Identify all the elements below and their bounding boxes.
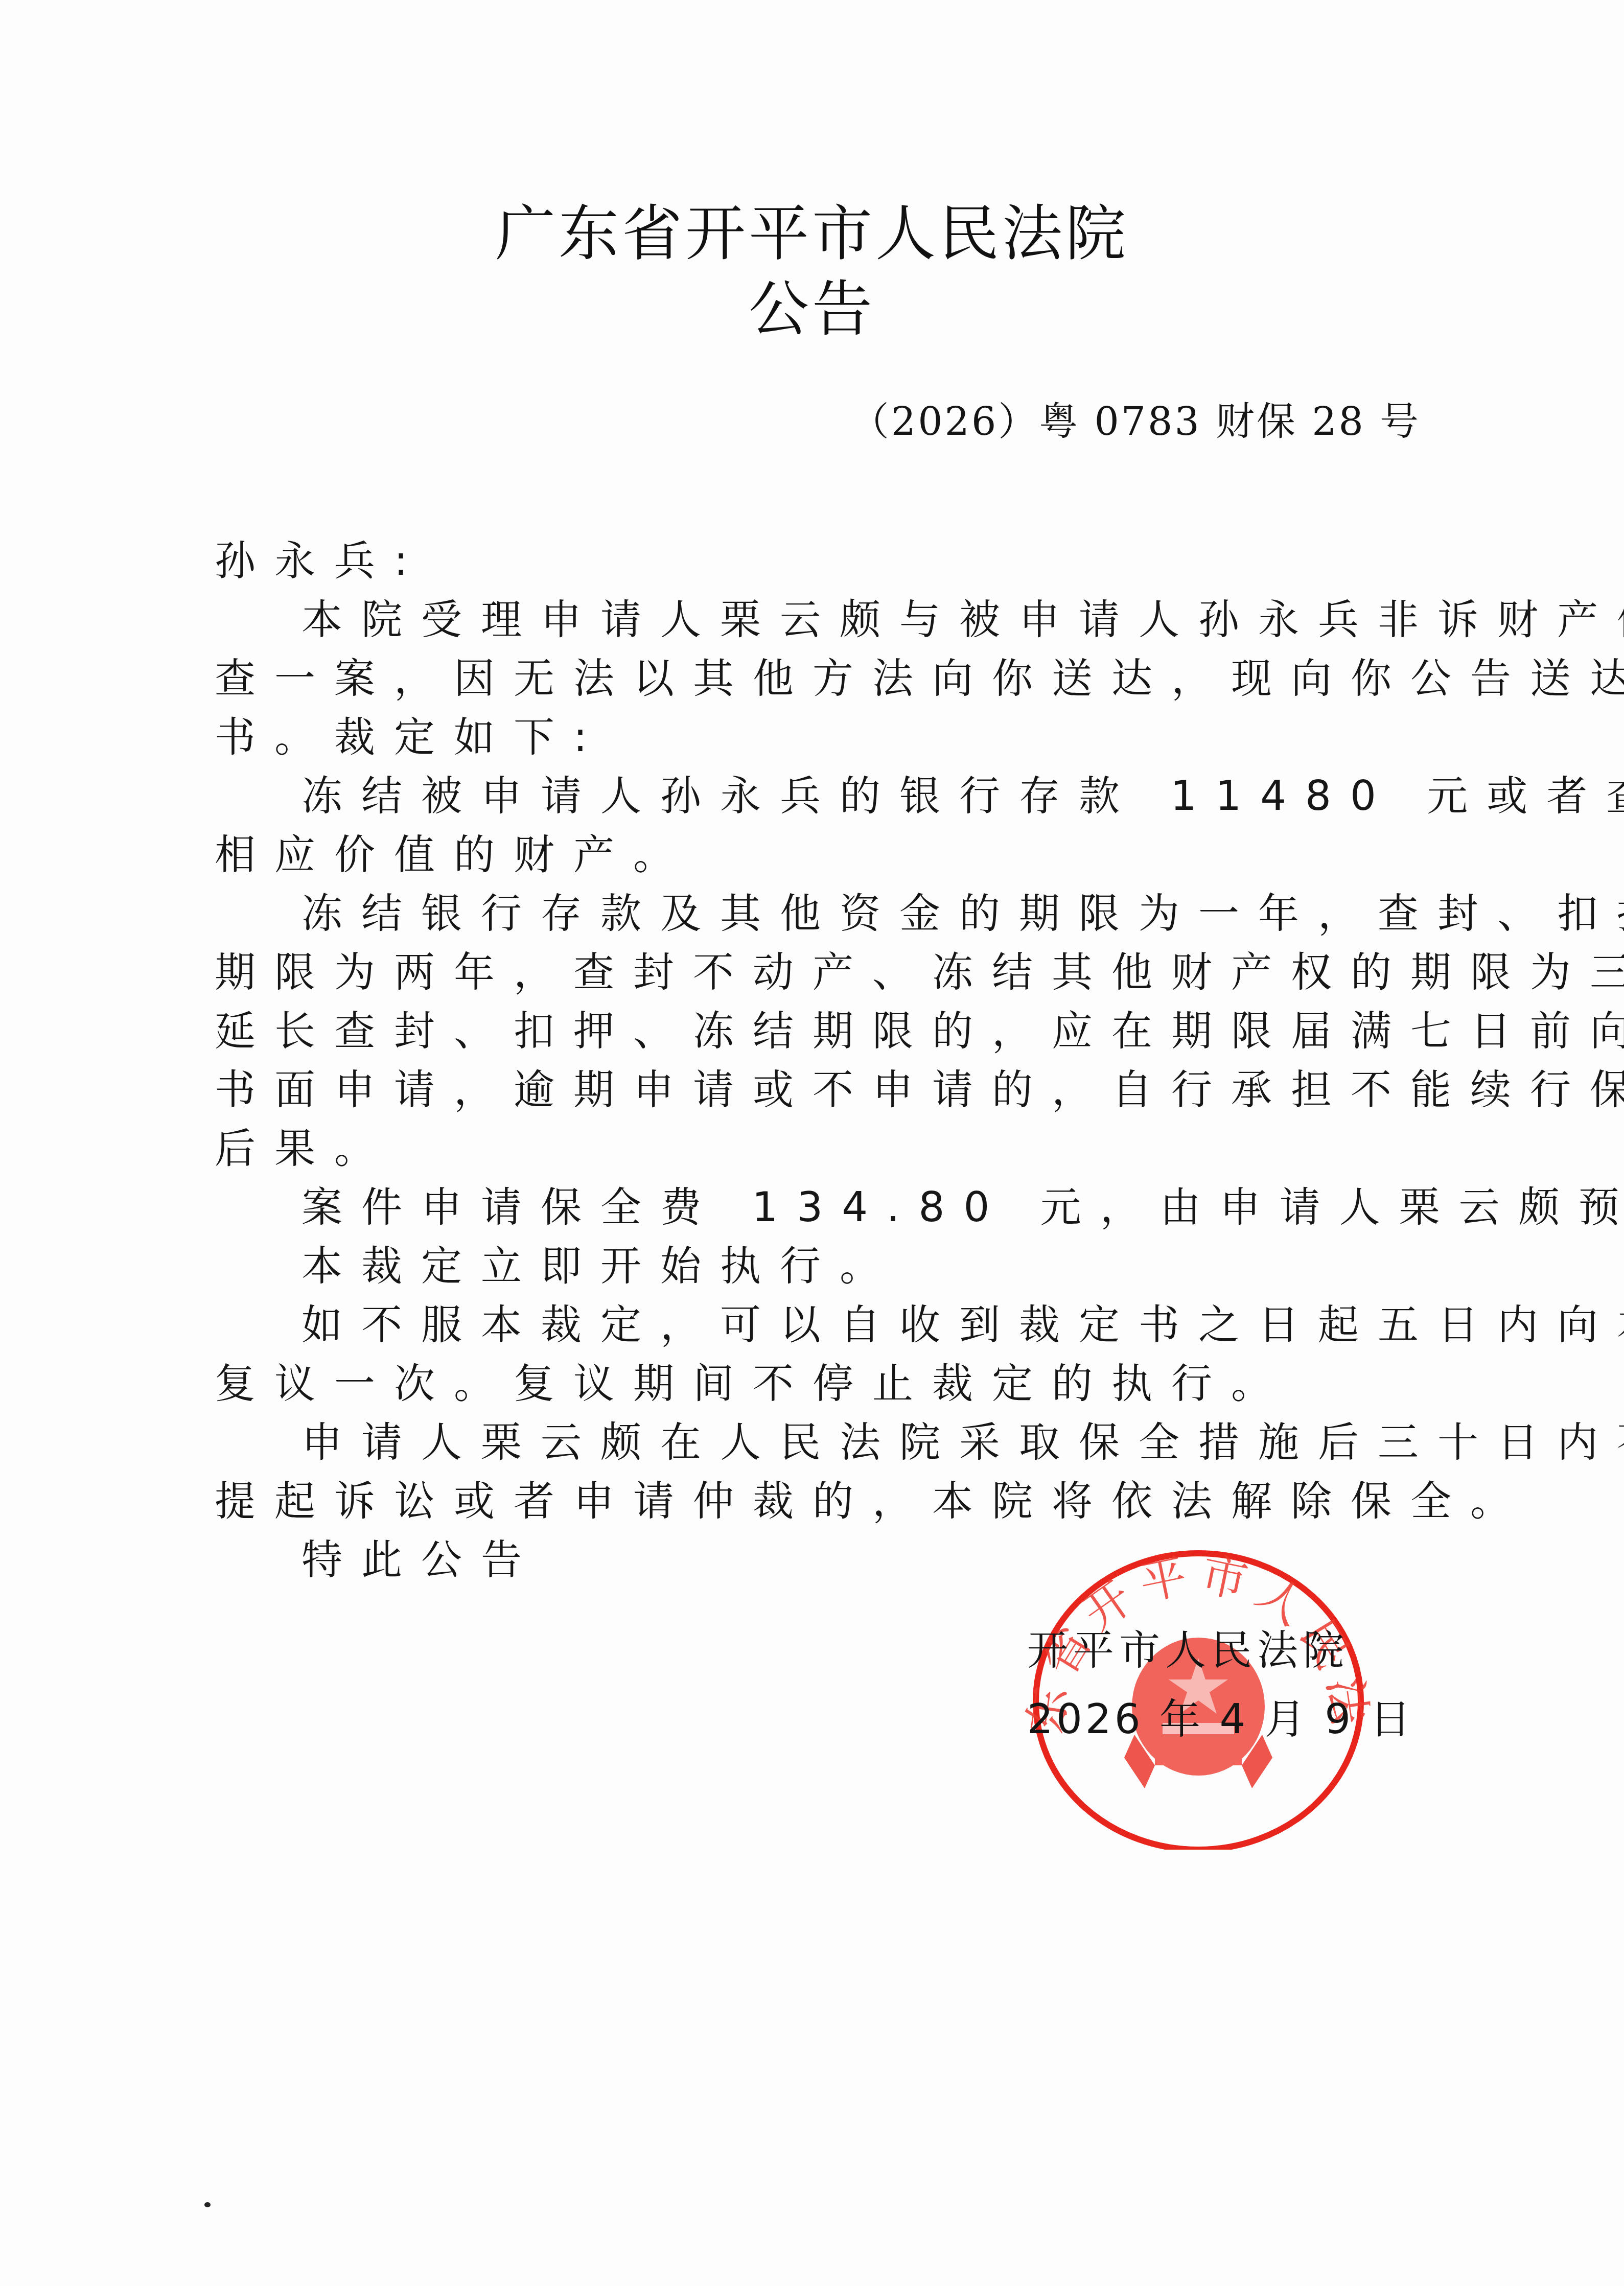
signature-block: 开平市人民法院 2026 年 4 月 9 日 xyxy=(1027,1622,1414,1747)
document-page: 广东省开平市人民法院 公告 （2026）粤 0783 财保 28 号 孙永兵: … xyxy=(0,0,1624,2286)
paragraph-line: 书面申请，逾期申请或不申请的，自行承担不能续行保全的法律 xyxy=(215,1060,1426,1119)
paragraph-line: 本院受理申请人栗云颇与被申请人孙永兵非诉财产保全审 xyxy=(215,590,1426,649)
paragraph-line: 本裁定立即开始执行。 xyxy=(215,1237,1426,1295)
paragraph-line: 申请人栗云颇在人民法院采取保全措施后三十日内不依法 xyxy=(215,1413,1426,1472)
document-number: （2026）粤 0783 财保 28 号 xyxy=(850,396,1421,447)
paragraph-line: 相应价值的财产。 xyxy=(215,825,1426,884)
document-body: 孙永兵: 本院受理申请人栗云颇与被申请人孙永兵非诉财产保全审 查一案，因无法以其… xyxy=(215,531,1426,1589)
paragraph-line: 期限为两年，查封不动产、冻结其他财产权的期限为三年。如需 xyxy=(215,943,1426,1001)
paragraph-line: 查一案，因无法以其他方法向你送达，现向你公告送达民事裁定 xyxy=(215,649,1426,708)
issuer-name: 开平市人民法院 xyxy=(1027,1626,1349,1674)
court-name-heading: 广东省开平市人民法院 xyxy=(0,200,1624,267)
addressee: 孙永兵: xyxy=(215,531,1426,590)
paragraph-line: 冻结被申请人孙永兵的银行存款 11480 元或者查封、扣押其 xyxy=(215,766,1426,825)
paragraph-line: 书。裁定如下: xyxy=(215,708,1426,766)
paragraph-line: 复议一次。复议期间不停止裁定的执行。 xyxy=(215,1354,1426,1413)
paragraph-line: 冻结银行存款及其他资金的期限为一年，查封、扣押动产的 xyxy=(215,884,1426,943)
issue-date: 2026 年 4 月 9 日 xyxy=(1027,1691,1414,1747)
paragraph-line: 提起诉讼或者申请仲裁的，本院将依法解除保全。 xyxy=(215,1472,1426,1530)
paragraph-line: 后果。 xyxy=(215,1119,1426,1178)
paragraph-line: 如不服本裁定，可以自收到裁定书之日起五日内向本院申请 xyxy=(215,1295,1426,1354)
document-type-heading: 公告 xyxy=(0,276,1624,342)
scan-speck xyxy=(204,2202,211,2207)
paragraph-line: 延长查封、扣押、冻结期限的，应在期限届满七日前向本院提出 xyxy=(215,1001,1426,1060)
paragraph-line: 案件申请保全费 134.80 元，由申请人栗云颇预付。 xyxy=(215,1178,1426,1237)
